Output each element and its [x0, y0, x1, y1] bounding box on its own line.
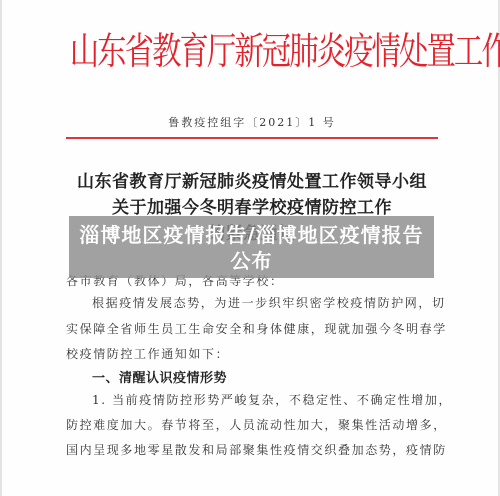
document-title-line-2: 关于加强今冬明春学校疫情防控工作 — [66, 193, 438, 218]
paragraph2-line-2: 防控难度加大。春节将至，人员流动性加大，聚集性活动增多， — [66, 416, 442, 433]
red-divider-line — [66, 137, 438, 139]
document-red-header: 山东省教育厅新冠肺炎疫情处置工作领导小组 — [70, 30, 435, 75]
paragraph2-line-3: 国内呈现多地零星散发和局部聚集性疫情交织叠加态势，疫情防 — [66, 441, 442, 458]
caption-overlay: 淄博地区疫情报告/淄博地区疫情报告公布 — [69, 216, 434, 278]
document-page: 山东省教育厅新冠肺炎疫情处置工作领导小组 鲁教疫控组字〔2021〕1 号 山东省… — [0, 0, 500, 496]
document-number: 鲁教疫控组字〔2021〕1 号 — [2, 114, 500, 130]
paragraph1-line-1: 根据疫情发展态势，为进一步织牢织密学校疫情防护网，切 — [92, 294, 468, 311]
document-title-line-1: 山东省教育厅新冠肺炎疫情处置工作领导小组 — [66, 167, 438, 192]
caption-text: 淄博地区疫情报告/淄博地区疫情报告公布 — [79, 222, 424, 274]
paragraph2-line-1: 1. 当前疫情防控形势严峻复杂，不稳定性、不确定性增加， — [92, 391, 468, 408]
paragraph1-line-2: 实保障全省师生员工生命安全和身体健康，现就加强今冬明春学 — [66, 320, 442, 337]
section-heading: 一、清醒认识疫情形势 — [92, 367, 227, 386]
paragraph1-line-3: 校疫情防控工作通知如下： — [66, 345, 442, 362]
